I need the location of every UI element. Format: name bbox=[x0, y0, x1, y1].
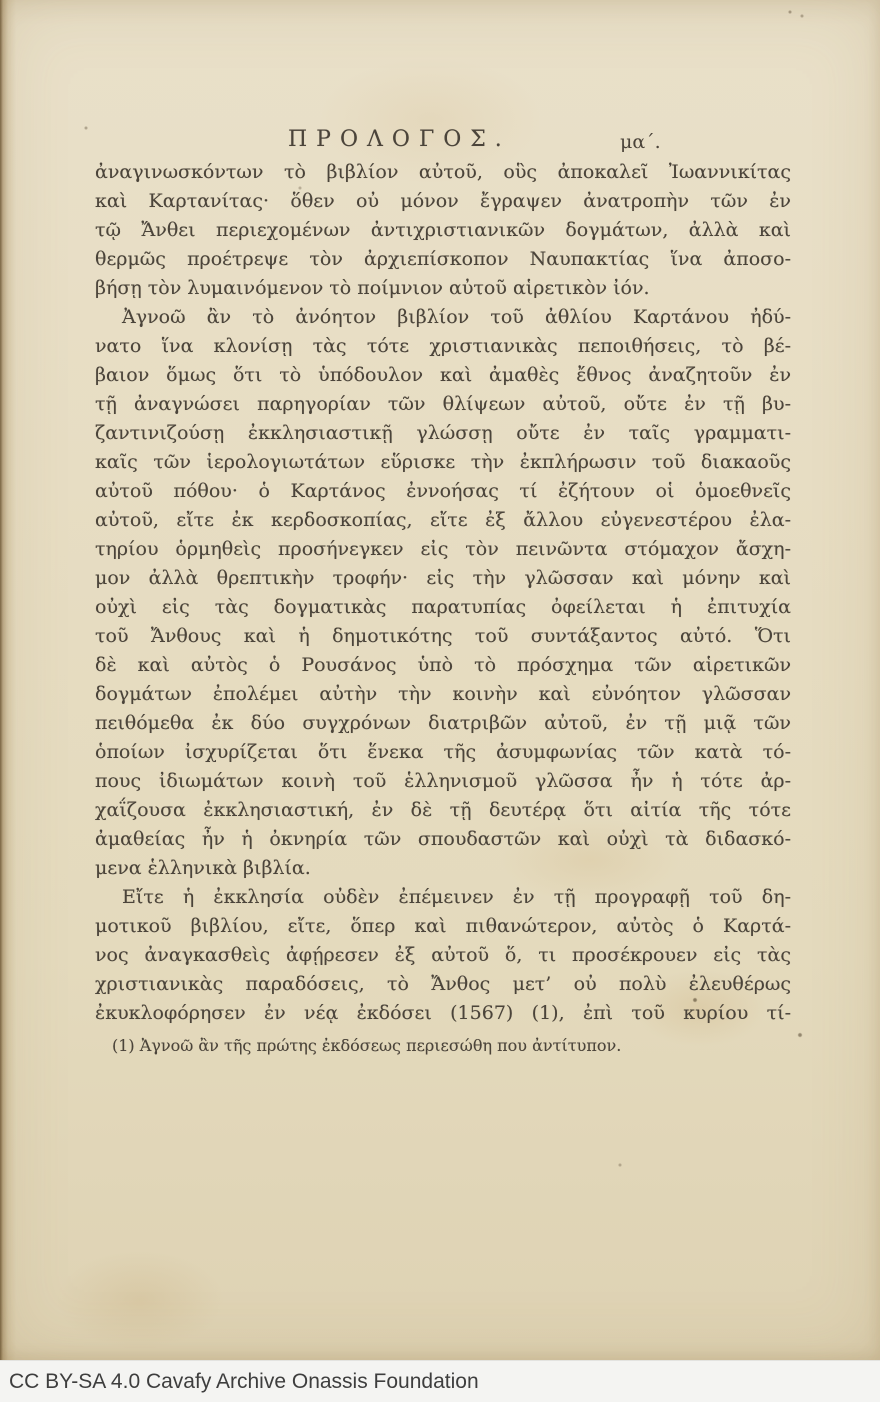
text-line: μον ἀλλὰ θρεπτικὴν τροφήν· εἰς τὴν γλῶσσ… bbox=[95, 564, 791, 593]
text-line: ἐκυκλοφόρησεν ἐν νέᾳ ἐκδόσει (1567) (1),… bbox=[95, 999, 791, 1028]
text-line: καὶ Καρτανίτας· ὅθεν οὐ μόνον ἔγραψεν ἀν… bbox=[95, 187, 791, 216]
text-line: βαιον ὅμως ὅτι τὸ ὑπόδουλον καὶ ἀμαθὲς ἔ… bbox=[95, 361, 791, 390]
page-header-title: ΠΡΟΛΟΓΟΣ. bbox=[288, 127, 511, 152]
text-line: αὐτοῦ πόθου· ὁ Καρτάνος ἐννοήσας τί ἐζήτ… bbox=[95, 477, 791, 506]
text-line: βήσῃ τὸν λυμαινόμενον τὸ ποίμνιον αὐτοῦ … bbox=[95, 274, 791, 303]
text-line: τοῦ Ἄνθους καὶ ἡ δημοτικότης τοῦ συντάξα… bbox=[95, 622, 791, 651]
text-line: πειθόμεθα ἐκ δύο συγχρόνων διατριβῶν αὐτ… bbox=[95, 709, 791, 738]
text-line: μοτικοῦ βιβλίου, εἴτε, ὅπερ καὶ πιθανώτε… bbox=[95, 912, 791, 941]
text-line: δογμάτων ἐπολέμει αὐτὴν τὴν κοινὴν καὶ ε… bbox=[95, 680, 791, 709]
text-line: μενα ἑλληνικὰ βιβλία. bbox=[95, 854, 791, 883]
text-line: χαΐζουσα ἐκκλησιαστική, ἐν δὲ τῇ δευτέρᾳ… bbox=[95, 796, 791, 825]
text-line: πους ἰδιωμάτων κοινὴ τοῦ ἑλληνισμοῦ γλῶσ… bbox=[95, 767, 791, 796]
text-line: Ἀγνοῶ ἂν τὸ ἀνόητον βιβλίον τοῦ ἀθλίου Κ… bbox=[95, 303, 791, 332]
text-line: καῖς τῶν ἱερολογιωτάτων εὕρισκε τὴν ἐκπλ… bbox=[95, 448, 791, 477]
page-body: ἀναγινωσκόντων τὸ βιβλίον αὐτοῦ, οὓς ἀπο… bbox=[95, 158, 791, 1028]
footnote: (1) Ἀγνοῶ ἂν τῆς πρώτης ἐκδόσεως περιεσώ… bbox=[112, 1035, 672, 1057]
text-line: χριστιανικὰς παραδόσεις, τὸ Ἄνθος μετ’ ο… bbox=[95, 970, 791, 999]
text-line: τῇ ἀναγνώσει παρηγορίαν τῶν θλίψεων αὐτο… bbox=[95, 390, 791, 419]
text-line: τῷ Ἄνθει περιεχομένων ἀντιχριστιανικῶν δ… bbox=[95, 216, 791, 245]
attribution-text: CC BY-SA 4.0 Cavafy Archive Onassis Foun… bbox=[0, 1361, 880, 1402]
text-line: οὐχὶ εἰς τὰς δογματικὰς παρατυπίας ὀφείλ… bbox=[95, 593, 791, 622]
text-line: νος ἀναγκασθεὶς ἀφῄρεσεν ἐξ αὐτοῦ ὅ, τι … bbox=[95, 941, 791, 970]
scanned-book-page: ΠΡΟΛΟΓΟΣ. μα´. ἀναγινωσκόντων τὸ βιβλίον… bbox=[0, 0, 880, 1360]
text-line: αὐτοῦ, εἴτε ἐκ κερδοσκοπίας, εἴτε ἐξ ἄλλ… bbox=[95, 506, 791, 535]
text-line: ὁποίων ἰσχυρίζεται ὅτι ἕνεκα τῆς ἀσυμφων… bbox=[95, 738, 791, 767]
text-line: ἀναγινωσκόντων τὸ βιβλίον αὐτοῦ, οὓς ἀπο… bbox=[95, 158, 791, 187]
text-line: νατο ἵνα κλονίσῃ τὰς τότε χριστιανικὰς π… bbox=[95, 332, 791, 361]
text-line: ζαντινιζούσῃ ἐκκλησιαστικῇ γλώσσῃ οὔτε ἐ… bbox=[95, 419, 791, 448]
text-line: τηρίου ὁρμηθεὶς προσήνεγκεν εἰς τὸν πειν… bbox=[95, 535, 791, 564]
attribution-bar: CC BY-SA 4.0 Cavafy Archive Onassis Foun… bbox=[0, 1360, 880, 1402]
text-line: δὲ καὶ αὐτὸς ὁ Ρουσάνος ὑπὸ τὸ πρόσχημα … bbox=[95, 651, 791, 680]
text-line: θερμῶς προέτρεψε τὸν ἀρχιεπίσκοπον Ναυπα… bbox=[95, 245, 791, 274]
text-line: Εἴτε ἡ ἐκκλησία οὐδὲν ἐπέμεινεν ἐν τῇ πρ… bbox=[95, 883, 791, 912]
page-number: μα´. bbox=[620, 131, 661, 153]
text-line: ἀμαθείας ἦν ἡ ὀκνηρία τῶν σπουδαστῶν καὶ… bbox=[95, 825, 791, 854]
